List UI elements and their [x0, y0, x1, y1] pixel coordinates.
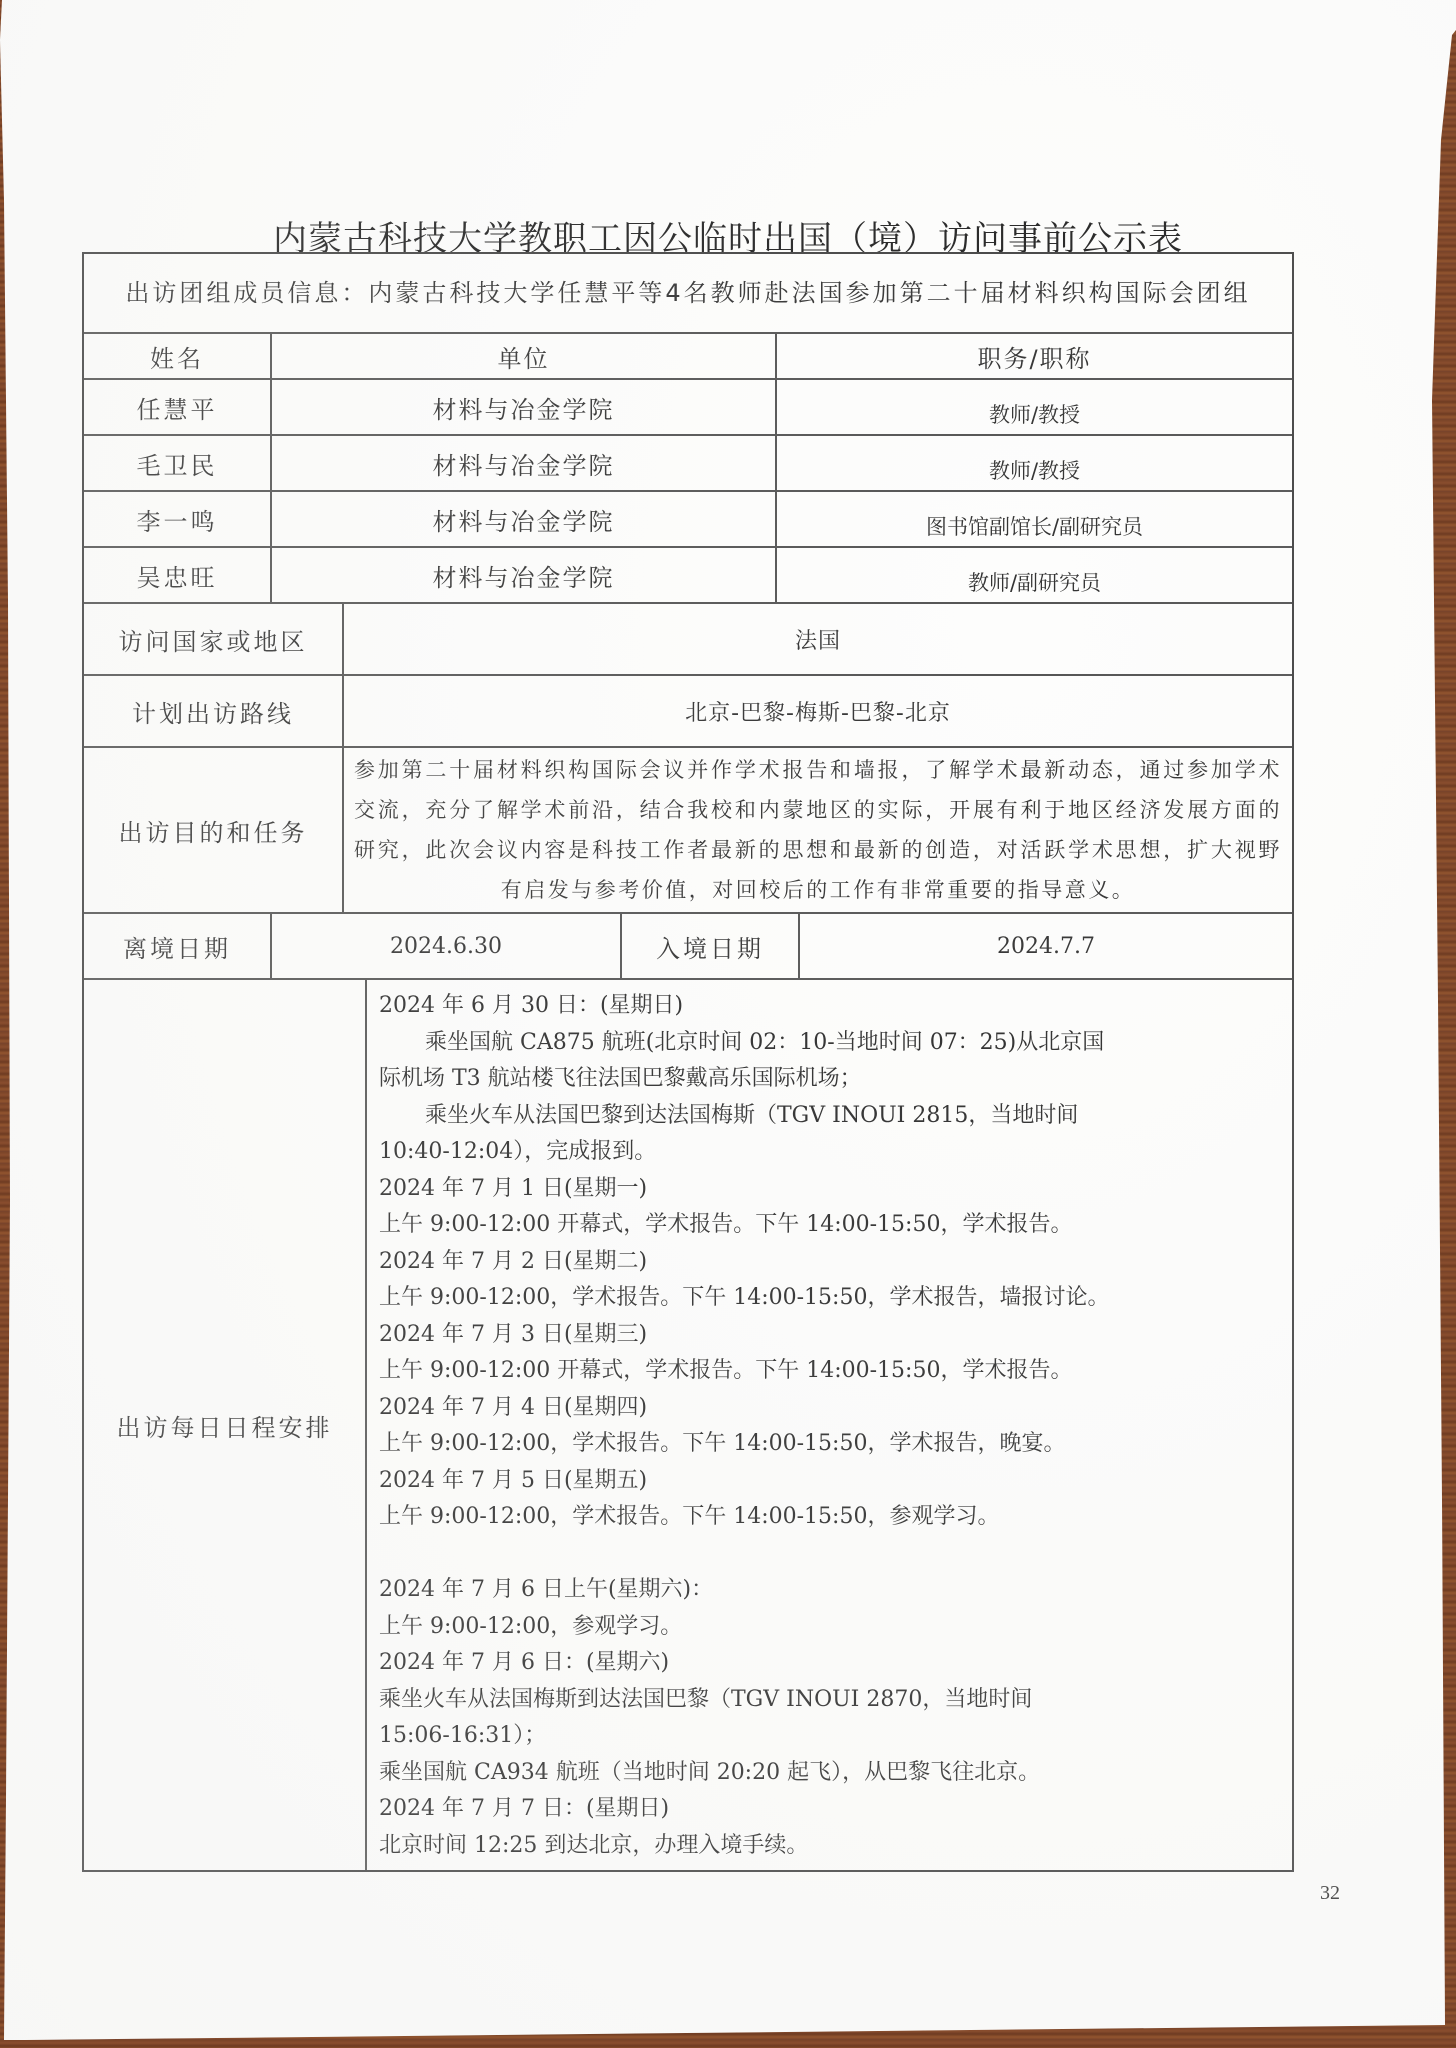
schedule-line: 上午 9:00-12:00，学术报告。下午 14:00-15:50，参观学习。	[379, 1499, 1282, 1536]
schedule-line: 乘坐火车从法国梅斯到达法国巴黎（TGV INOUI 2870，当地时间	[379, 1682, 1282, 1719]
member-row: 任慧平 材料与冶金学院 教师/教授	[84, 380, 1292, 436]
schedule-label: 出访每日日程安排	[84, 980, 367, 1870]
schedule-line: 2024 年 7 月 6 日：(星期六)	[379, 1645, 1282, 1682]
page-number: 32	[1320, 1882, 1340, 1905]
schedule-line: 际机场 T3 航站楼飞往法国巴黎戴高乐国际机场；	[379, 1061, 1282, 1098]
member-title: 教师/教授	[777, 436, 1292, 490]
schedule-line: 乘坐国航 CA875 航班(北京时间 02：10-当地时间 07：25)从北京国	[379, 1025, 1282, 1062]
schedule-line: 2024 年 6 月 30 日：(星期日)	[379, 988, 1282, 1025]
schedule-line: 15:06-16:31）；	[379, 1718, 1282, 1755]
country-label: 访问国家或地区	[84, 604, 344, 674]
schedule-line: 乘坐火车从法国巴黎到达法国梅斯（TGV INOUI 2815，当地时间	[379, 1098, 1282, 1135]
schedule-blank-line	[379, 1536, 1282, 1573]
dates-row: 离境日期 2024.6.30 入境日期 2024.7.7	[84, 914, 1292, 980]
schedule-line: 2024 年 7 月 6 日上午(星期六)：	[379, 1572, 1282, 1609]
departure-date-value: 2024.6.30	[272, 914, 622, 978]
schedule-row: 出访每日日程安排 2024 年 6 月 30 日：(星期日) 乘坐国航 CA87…	[84, 980, 1292, 1870]
route-row: 计划出访路线 北京-巴黎-梅斯-巴黎-北京	[84, 676, 1292, 748]
schedule-line: 上午 9:00-12:00，学术报告。下午 14:00-15:50，学术报告，墙…	[379, 1280, 1282, 1317]
purpose-row: 出访目的和任务 参加第二十届材料织构国际会议并作学术报告和墙报，了解学术最新动态…	[84, 748, 1292, 914]
delegation-info-cell: 出访团组成员信息：内蒙古科技大学任慧平等4名教师赴法国参加第二十届材料织构国际会…	[84, 254, 1292, 332]
header-title: 职务/职称	[777, 334, 1292, 378]
header-unit: 单位	[272, 334, 777, 378]
member-row: 毛卫民 材料与冶金学院 教师/教授	[84, 436, 1292, 492]
purpose-text: 参加第二十届材料织构国际会议并作学术报告和墙报，了解学术最新动态，通过参加学术交…	[354, 750, 1282, 910]
member-unit: 材料与冶金学院	[272, 492, 777, 546]
schedule-line: 上午 9:00-12:00，学术报告。下午 14:00-15:50，学术报告，晚…	[379, 1426, 1282, 1463]
member-name: 任慧平	[84, 380, 272, 434]
member-title: 教师/教授	[777, 380, 1292, 434]
disclosure-table: 出访团组成员信息：内蒙古科技大学任慧平等4名教师赴法国参加第二十届材料织构国际会…	[82, 252, 1294, 1872]
entry-date-value: 2024.7.7	[800, 914, 1292, 978]
delegation-info-row: 出访团组成员信息：内蒙古科技大学任慧平等4名教师赴法国参加第二十届材料织构国际会…	[84, 254, 1292, 334]
header-name: 姓名	[84, 334, 272, 378]
member-name: 毛卫民	[84, 436, 272, 490]
members-header-row: 姓名 单位 职务/职称	[84, 334, 1292, 380]
schedule-line: 2024 年 7 月 4 日(星期四)	[379, 1390, 1282, 1427]
schedule-line: 北京时间 12:25 到达北京，办理入境手续。	[379, 1828, 1282, 1865]
schedule-line: 2024 年 7 月 2 日(星期二)	[379, 1244, 1282, 1281]
member-name: 吴忠旺	[84, 548, 272, 602]
member-unit: 材料与冶金学院	[272, 548, 777, 602]
departure-date-label: 离境日期	[84, 914, 272, 978]
country-row: 访问国家或地区 法国	[84, 604, 1292, 676]
member-unit: 材料与冶金学院	[272, 380, 777, 434]
schedule-line: 10:40-12:04），完成报到。	[379, 1134, 1282, 1171]
purpose-value: 参加第二十届材料织构国际会议并作学术报告和墙报，了解学术最新动态，通过参加学术交…	[344, 748, 1292, 912]
schedule-line: 乘坐国航 CA934 航班（当地时间 20:20 起飞），从巴黎飞往北京。	[379, 1755, 1282, 1792]
member-row: 吴忠旺 材料与冶金学院 教师/副研究员	[84, 548, 1292, 604]
schedule-line: 上午 9:00-12:00 开幕式，学术报告。下午 14:00-15:50，学术…	[379, 1207, 1282, 1244]
country-value: 法国	[344, 604, 1292, 674]
route-label: 计划出访路线	[84, 676, 344, 746]
schedule-line: 2024 年 7 月 5 日(星期五)	[379, 1463, 1282, 1500]
entry-date-label: 入境日期	[622, 914, 800, 978]
member-row: 李一鸣 材料与冶金学院 图书馆副馆长/副研究员	[84, 492, 1292, 548]
member-unit: 材料与冶金学院	[272, 436, 777, 490]
schedule-line: 2024 年 7 月 7 日：(星期日)	[379, 1791, 1282, 1828]
paper-sheet: 内蒙古科技大学教职工因公临时出国（境）访问事前公示表 出访团组成员信息：内蒙古科…	[0, 0, 1456, 2048]
purpose-label: 出访目的和任务	[84, 748, 344, 912]
route-value: 北京-巴黎-梅斯-巴黎-北京	[344, 676, 1292, 746]
schedule-line: 上午 9:00-12:00，参观学习。	[379, 1609, 1282, 1646]
schedule-line: 2024 年 7 月 1 日(星期一)	[379, 1171, 1282, 1208]
member-name: 李一鸣	[84, 492, 272, 546]
member-title: 教师/副研究员	[777, 548, 1292, 602]
member-title: 图书馆副馆长/副研究员	[777, 492, 1292, 546]
schedule-line: 上午 9:00-12:00 开幕式，学术报告。下午 14:00-15:50，学术…	[379, 1353, 1282, 1390]
schedule-line: 2024 年 7 月 3 日(星期三)	[379, 1317, 1282, 1354]
schedule-body: 2024 年 6 月 30 日：(星期日) 乘坐国航 CA875 航班(北京时间…	[367, 980, 1292, 1870]
